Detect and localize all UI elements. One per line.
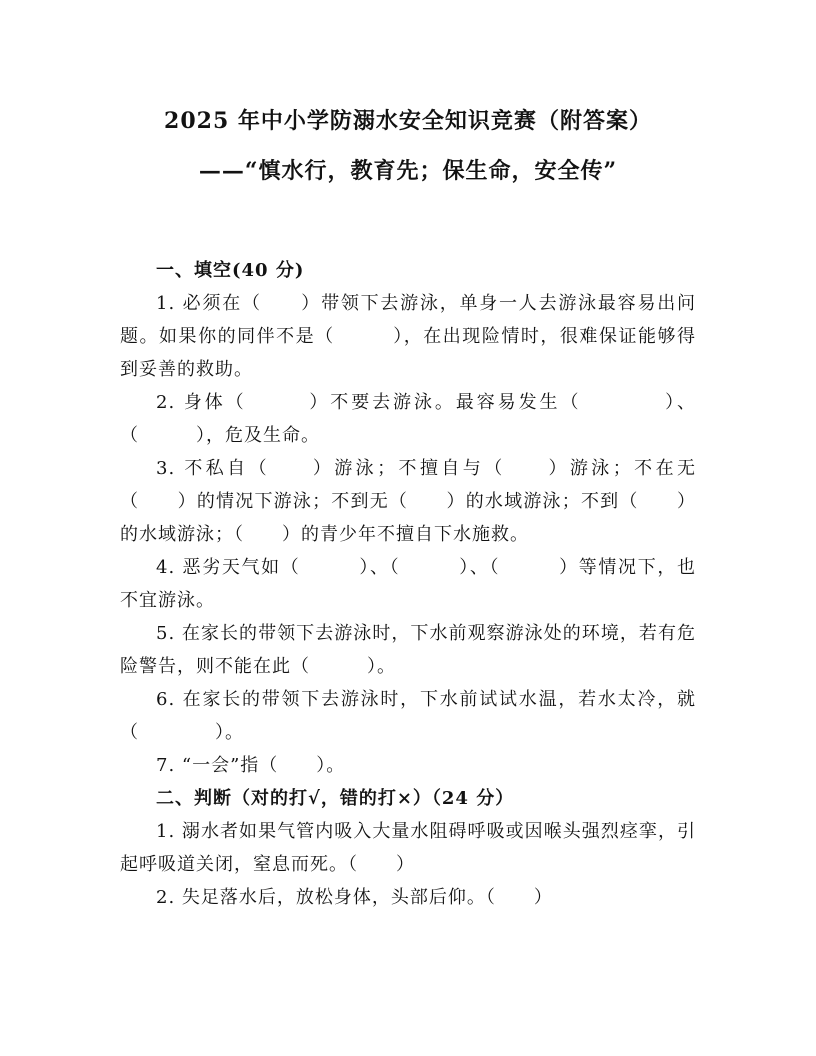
true-false-item-2: 2. 失足落水后，放松身体，头部后仰。（ ） <box>120 881 696 914</box>
title-line-1: 2025 年中小学防溺水安全知识竞赛（附答案） <box>120 96 696 146</box>
fill-blank-item-7: 7. “一会”指（ ）。 <box>120 749 696 782</box>
true-false-item-1: 1. 溺水者如果气管内吸入大量水阻碍呼吸或因喉头强烈痉挛，引起呼吸道关闭，窒息而… <box>120 815 696 881</box>
title-line-2: ——“慎水行，教育先；保生命，安全传” <box>120 146 696 196</box>
fill-blank-item-4: 4. 恶劣天气如（ ）、（ ）、（ ）等情况下，也不宜游泳。 <box>120 551 696 617</box>
fill-blank-item-5: 5. 在家长的带领下去游泳时，下水前观察游泳处的环境，若有危险警告，则不能在此（… <box>120 617 696 683</box>
section-heading-fill-blanks: 一、填空(40 分) <box>120 254 696 287</box>
section-heading-true-false: 二、判断（对的打√，错的打×）（24 分） <box>120 782 696 815</box>
fill-blank-item-1: 1. 必须在（ ）带领下去游泳，单身一人去游泳最容易出问题。如果你的同伴不是（ … <box>120 287 696 386</box>
fill-blank-item-6: 6. 在家长的带领下去游泳时，下水前试试水温，若水太冷，就（ ）。 <box>120 683 696 749</box>
document-body: 一、填空(40 分) 1. 必须在（ ）带领下去游泳，单身一人去游泳最容易出问题… <box>120 254 696 914</box>
fill-blank-item-3: 3. 不私自（ ）游泳；不擅自与（ ）游泳；不在无（ ）的情况下游泳；不到无（ … <box>120 452 696 551</box>
document-page: 2025 年中小学防溺水安全知识竞赛（附答案） ——“慎水行，教育先；保生命，安… <box>0 0 816 1056</box>
document-title: 2025 年中小学防溺水安全知识竞赛（附答案） ——“慎水行，教育先；保生命，安… <box>120 96 696 196</box>
fill-blank-item-2: 2. 身体（ ）不要去游泳。最容易发生（ ）、（ ），危及生命。 <box>120 386 696 452</box>
